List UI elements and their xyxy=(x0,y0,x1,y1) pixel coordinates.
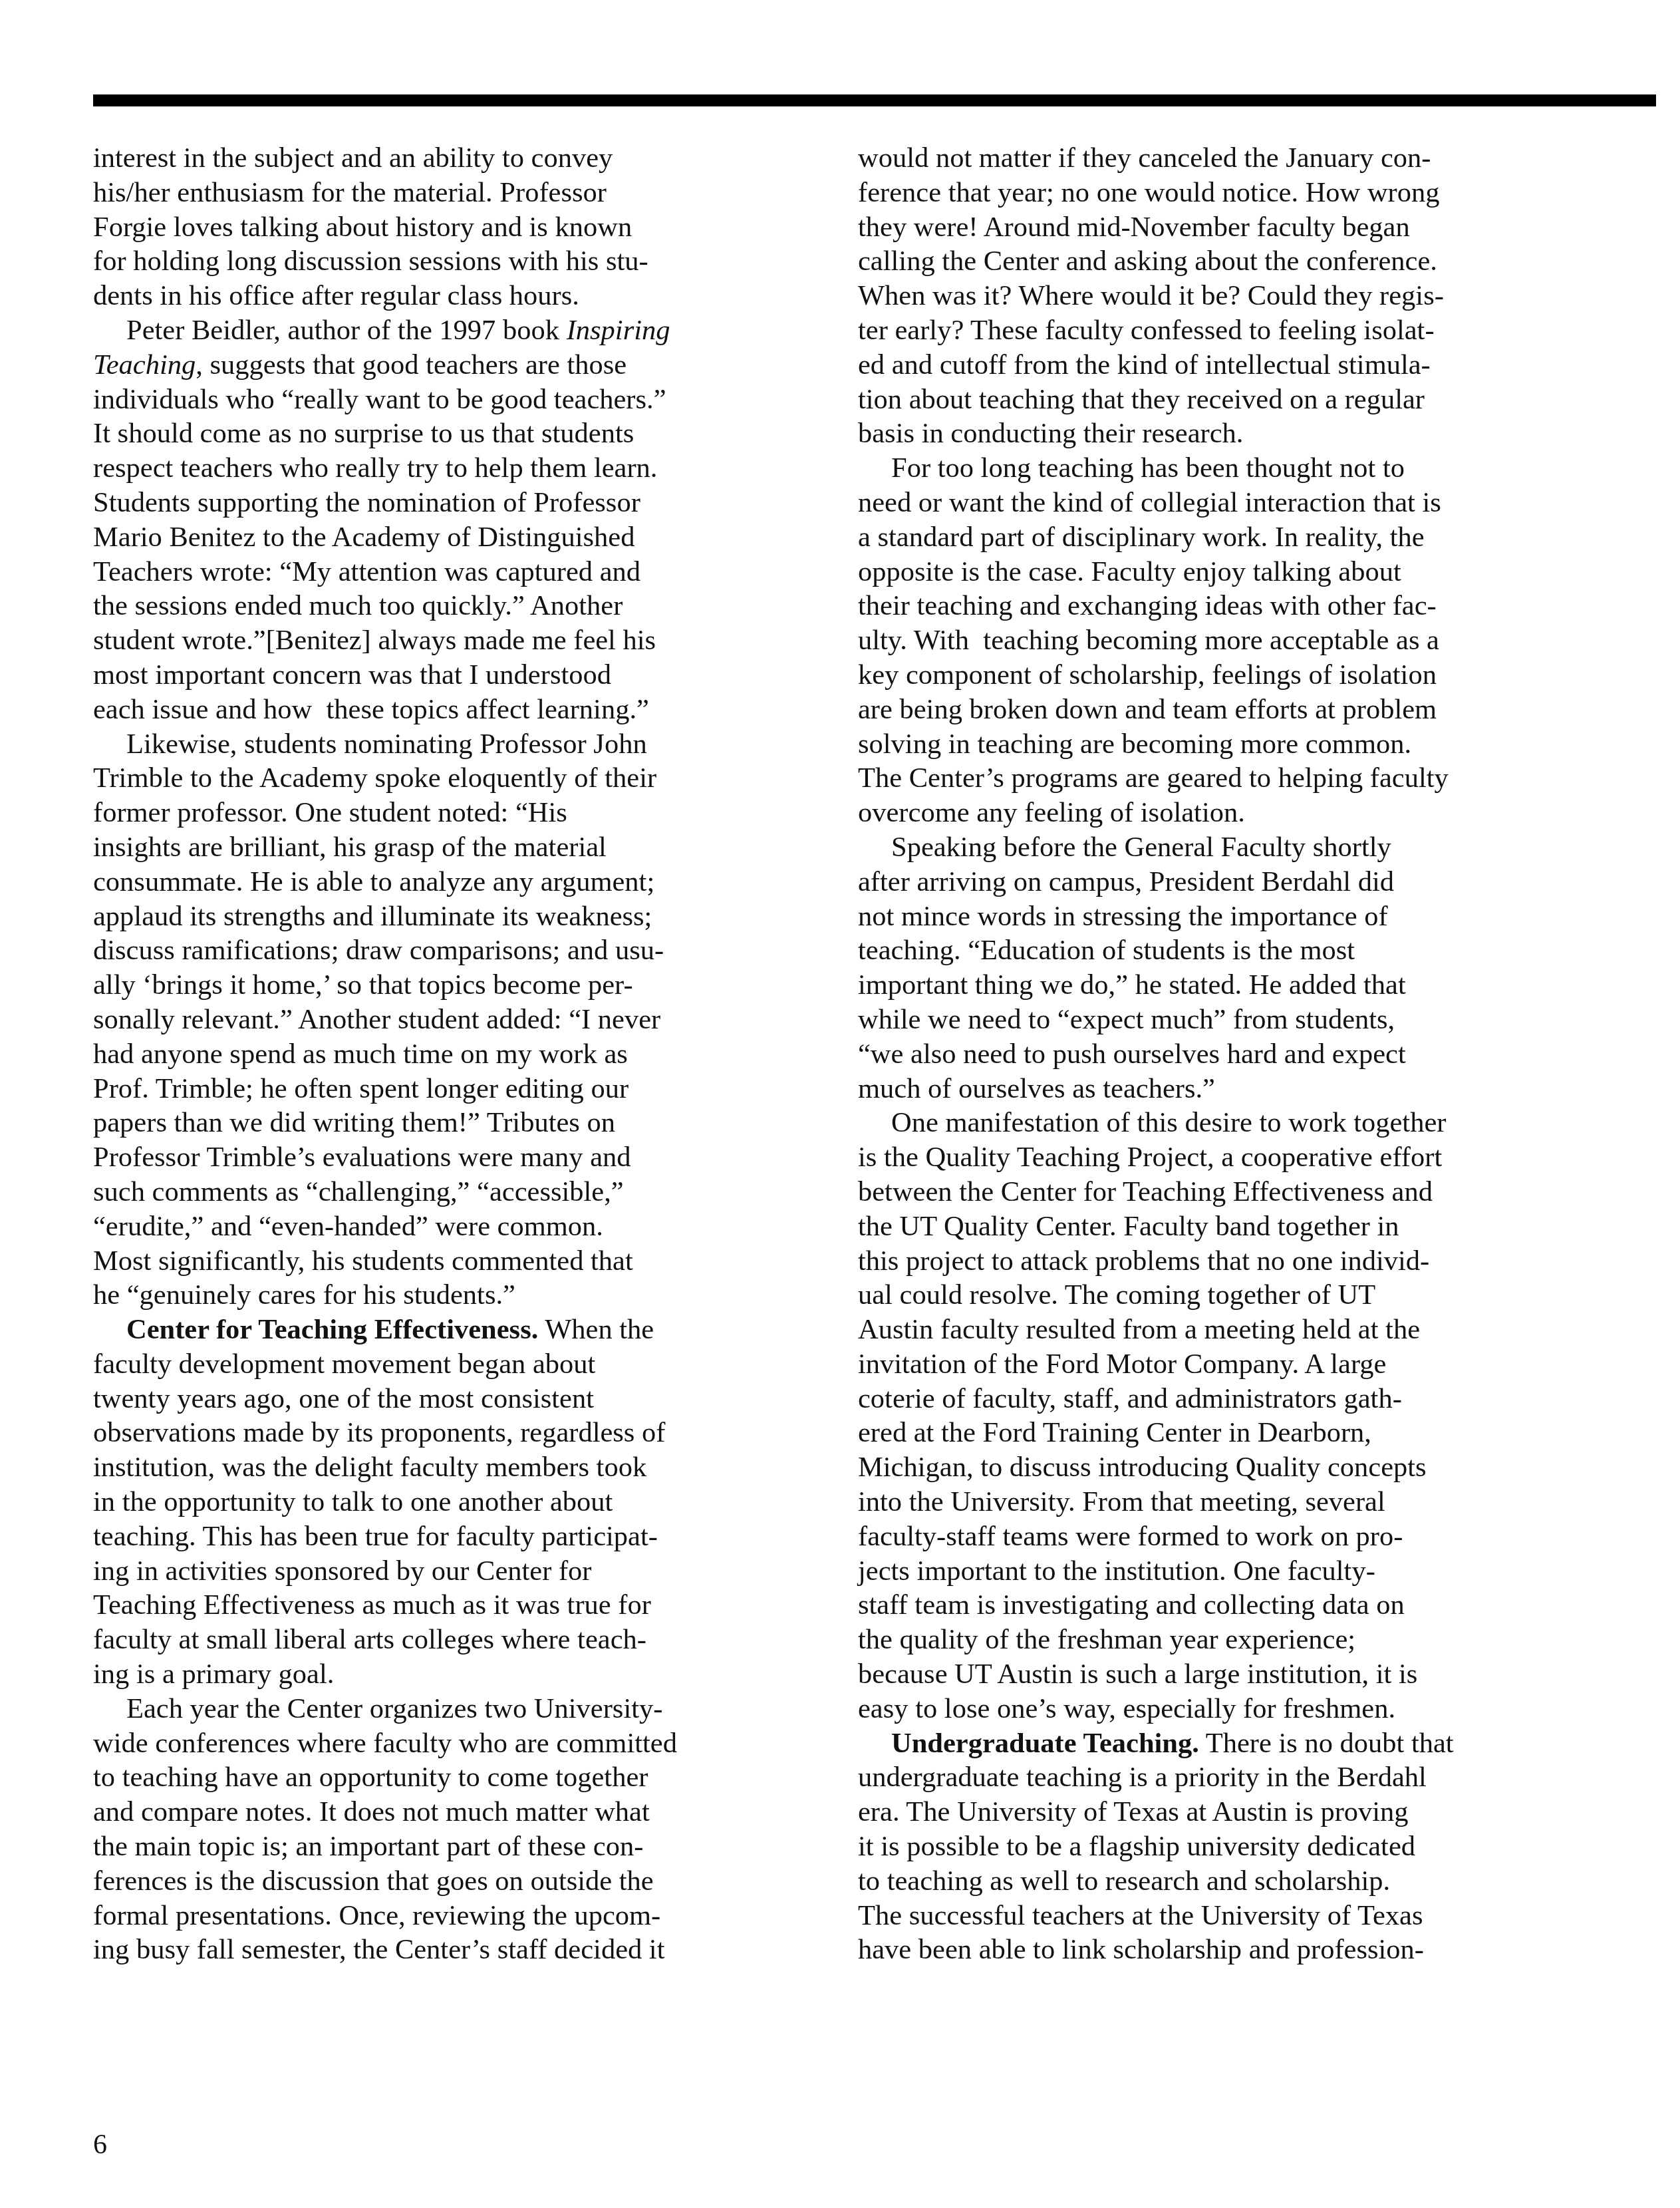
line-text: and compare notes. It does not much matt… xyxy=(93,1796,650,1827)
text-line: key component of scholarship, feelings o… xyxy=(858,658,1636,693)
line-text: Peter Beidler, author of the 1997 book xyxy=(126,315,567,346)
line-text: Students supporting the nomination of Pr… xyxy=(93,487,640,518)
text-line: this project to attack problems that no … xyxy=(858,1244,1636,1279)
text-line: to teaching as well to research and scho… xyxy=(858,1864,1636,1899)
line-text: is the Quality Teaching Project, a coope… xyxy=(858,1142,1442,1173)
text-line: easy to lose one’s way, especially for f… xyxy=(858,1692,1636,1726)
text-line: discuss ramifications; draw comparisons;… xyxy=(93,933,825,968)
text-line: ter early? These faculty confessed to fe… xyxy=(858,313,1636,348)
line-text: interest in the subject and an ability t… xyxy=(93,142,613,174)
line-text: staff team is investigating and collecti… xyxy=(858,1589,1405,1621)
text-line: basis in conducting their research. xyxy=(858,416,1636,451)
text-line: much of ourselves as teachers.” xyxy=(858,1072,1636,1106)
section-heading: Center for Teaching Effectiveness. xyxy=(126,1314,538,1345)
text-line: jects important to the institution. One … xyxy=(858,1554,1636,1589)
text-line: individuals who “really want to be good … xyxy=(93,383,825,417)
line-text: are being broken down and team efforts a… xyxy=(858,694,1437,725)
line-text: invitation of the Ford Motor Company. A … xyxy=(858,1348,1386,1380)
text-line: teaching. “Education of students is the … xyxy=(858,933,1636,968)
text-line: to teaching have an opportunity to come … xyxy=(93,1760,825,1795)
text-line: and compare notes. It does not much matt… xyxy=(93,1795,825,1829)
line-text: ing is a primary goal. xyxy=(93,1658,334,1690)
line-text: teaching. “Education of students is the … xyxy=(858,935,1355,966)
line-text: When was it? Where would it be? Could th… xyxy=(858,280,1444,311)
text-line: undergraduate teaching is a priority in … xyxy=(858,1760,1636,1795)
text-line: institution, was the delight faculty mem… xyxy=(93,1450,825,1485)
text-line: staff team is investigating and collecti… xyxy=(858,1588,1636,1623)
line-text: Teaching Effectiveness as much as it was… xyxy=(93,1589,651,1621)
line-text: wide conferences where faculty who are c… xyxy=(93,1728,677,1759)
text-line: The successful teachers at the Universit… xyxy=(858,1899,1636,1933)
text-line: Speaking before the General Faculty shor… xyxy=(858,830,1636,865)
text-line: ferences is the discussion that goes on … xyxy=(93,1864,825,1899)
text-line: in the opportunity to talk to one anothe… xyxy=(93,1485,825,1519)
line-text: insights are brilliant, his grasp of the… xyxy=(93,832,607,863)
text-line: insights are brilliant, his grasp of the… xyxy=(93,830,825,865)
text-line: Likewise, students nominating Professor … xyxy=(93,727,825,762)
line-text: Most significantly, his students comment… xyxy=(93,1245,633,1277)
top-rule-bar xyxy=(93,94,1656,106)
line-text: between the Center for Teaching Effectiv… xyxy=(858,1176,1433,1207)
text-line: Most significantly, his students comment… xyxy=(93,1244,825,1279)
line-text: important thing we do,” he stated. He ad… xyxy=(858,969,1406,1001)
line-text: Each year the Center organizes two Unive… xyxy=(126,1693,662,1724)
line-text: respect teachers who really try to help … xyxy=(93,452,657,484)
text-line: while we need to “expect much” from stud… xyxy=(858,1003,1636,1037)
text-line: Teaching Effectiveness as much as it was… xyxy=(93,1588,825,1623)
line-text: The successful teachers at the Universit… xyxy=(858,1900,1423,1931)
line-text: observations made by its proponents, reg… xyxy=(93,1417,665,1448)
line-text: Speaking before the General Faculty shor… xyxy=(891,832,1391,863)
line-text: his/her enthusiasm for the material. Pro… xyxy=(93,177,607,208)
book-title: Inspiring xyxy=(567,315,670,346)
line-text: this project to attack problems that no … xyxy=(858,1245,1429,1277)
text-line: for holding long discussion sessions wit… xyxy=(93,244,825,279)
line-text: most important concern was that I unders… xyxy=(93,659,611,691)
line-text: overcome any feeling of isolation. xyxy=(858,797,1245,828)
text-line: Teachers wrote: “My attention was captur… xyxy=(93,555,825,589)
line-text: Forgie loves talking about history and i… xyxy=(93,212,632,243)
text-line: the sessions ended much too quickly.” An… xyxy=(93,589,825,623)
text-line: ed and cutoff from the kind of intellect… xyxy=(858,348,1636,383)
text-line: Prof. Trimble; he often spent longer edi… xyxy=(93,1072,825,1106)
text-line: When was it? Where would it be? Could th… xyxy=(858,279,1636,313)
line-text: Trimble to the Academy spoke eloquently … xyxy=(93,762,656,794)
line-text: such comments as “challenging,” “accessi… xyxy=(93,1176,624,1207)
line-text: easy to lose one’s way, especially for f… xyxy=(858,1693,1395,1724)
line-text: while we need to “expect much” from stud… xyxy=(858,1004,1395,1035)
line-text: , suggests that good teachers are those xyxy=(196,349,627,381)
text-line: formal presentations. Once, reviewing th… xyxy=(93,1899,825,1933)
line-text: ference that year; no one would notice. … xyxy=(858,177,1440,208)
text-line: “we also need to push ourselves hard and… xyxy=(858,1037,1636,1072)
line-text: in the opportunity to talk to one anothe… xyxy=(93,1486,613,1517)
text-line: calling the Center and asking about the … xyxy=(858,244,1636,279)
line-text: individuals who “really want to be good … xyxy=(93,384,666,415)
text-line: Mario Benitez to the Academy of Distingu… xyxy=(93,520,825,555)
text-line: consummate. He is able to analyze any ar… xyxy=(93,865,825,899)
text-line: not mince words in stressing the importa… xyxy=(858,899,1636,934)
line-text: faculty development movement began about xyxy=(93,1348,595,1380)
text-line: their teaching and exchanging ideas with… xyxy=(858,589,1636,623)
line-text: There is no doubt that xyxy=(1199,1728,1454,1759)
text-line: Center for Teaching Effectiveness. When … xyxy=(93,1313,825,1347)
line-text: undergraduate teaching is a priority in … xyxy=(858,1762,1427,1793)
line-text: ing in activities sponsored by our Cente… xyxy=(93,1555,592,1587)
line-text: papers than we did writing them!” Tribut… xyxy=(93,1107,615,1138)
line-text: have been able to link scholarship and p… xyxy=(858,1934,1424,1965)
text-line: interest in the subject and an ability t… xyxy=(93,141,825,176)
line-text: era. The University of Texas at Austin i… xyxy=(858,1796,1409,1827)
text-line: former professor. One student noted: “Hi… xyxy=(93,796,825,830)
line-text: coterie of faculty, staff, and administr… xyxy=(858,1383,1402,1414)
line-text: because UT Austin is such a large instit… xyxy=(858,1658,1417,1690)
line-text: the UT Quality Center. Faculty band toge… xyxy=(858,1211,1399,1242)
text-line: after arriving on campus, President Berd… xyxy=(858,865,1636,899)
line-text: each issue and how these topics affect l… xyxy=(93,694,649,725)
line-text: Mario Benitez to the Academy of Distingu… xyxy=(93,522,634,553)
line-text: For too long teaching has been thought n… xyxy=(891,452,1405,484)
text-line: sonally relevant.” Another student added… xyxy=(93,1003,825,1037)
text-line: are being broken down and team efforts a… xyxy=(858,693,1636,727)
text-line: coterie of faculty, staff, and administr… xyxy=(858,1382,1636,1416)
line-text: former professor. One student noted: “Hi… xyxy=(93,797,567,828)
line-text: key component of scholarship, feelings o… xyxy=(858,659,1437,691)
text-line: Peter Beidler, author of the 1997 book I… xyxy=(93,313,825,348)
line-text: to teaching have an opportunity to come … xyxy=(93,1762,648,1793)
line-text: much of ourselves as teachers.” xyxy=(858,1073,1215,1104)
text-line: ered at the Ford Training Center in Dear… xyxy=(858,1416,1636,1450)
text-line: applaud its strengths and illuminate its… xyxy=(93,899,825,934)
text-line: “erudite,” and “even-handed” were common… xyxy=(93,1209,825,1244)
text-line: ing in activities sponsored by our Cente… xyxy=(93,1554,825,1589)
line-text: ter early? These faculty confessed to fe… xyxy=(858,315,1435,346)
line-text: consummate. He is able to analyze any ar… xyxy=(93,866,654,897)
right-column: would not matter if they canceled the Ja… xyxy=(858,141,1636,1967)
line-text: ally ‘brings it home,’ so that topics be… xyxy=(93,969,633,1001)
line-text: he “genuinely cares for his students.” xyxy=(93,1279,515,1311)
text-line: most important concern was that I unders… xyxy=(93,658,825,693)
left-column: interest in the subject and an ability t… xyxy=(93,141,825,1967)
line-text: basis in conducting their research. xyxy=(858,418,1243,449)
text-line: Forgie loves talking about history and i… xyxy=(93,210,825,245)
text-line: ing is a primary goal. xyxy=(93,1657,825,1692)
text-line: invitation of the Ford Motor Company. A … xyxy=(858,1347,1636,1382)
line-text: dents in his office after regular class … xyxy=(93,280,579,311)
text-line: Austin faculty resulted from a meeting h… xyxy=(858,1313,1636,1347)
text-line: the quality of the freshman year experie… xyxy=(858,1623,1636,1657)
line-text: Likewise, students nominating Professor … xyxy=(126,728,647,760)
text-line: each issue and how these topics affect l… xyxy=(93,693,825,727)
text-line: have been able to link scholarship and p… xyxy=(858,1933,1636,1967)
text-line: Undergraduate Teaching. There is no doub… xyxy=(858,1726,1636,1761)
line-text: the quality of the freshman year experie… xyxy=(858,1624,1355,1655)
line-text: their teaching and exchanging ideas with… xyxy=(858,590,1437,621)
text-line: era. The University of Texas at Austin i… xyxy=(858,1795,1636,1829)
text-line: important thing we do,” he stated. He ad… xyxy=(858,968,1636,1003)
text-line: it is possible to be a flagship universi… xyxy=(858,1829,1636,1864)
text-line: wide conferences where faculty who are c… xyxy=(93,1726,825,1761)
text-line: Students supporting the nomination of Pr… xyxy=(93,486,825,520)
line-text: jects important to the institution. One … xyxy=(858,1555,1375,1587)
line-text: It should come as no surprise to us that… xyxy=(93,418,634,449)
line-text: ered at the Ford Training Center in Dear… xyxy=(858,1417,1371,1448)
text-line: opposite is the case. Faculty enjoy talk… xyxy=(858,555,1636,589)
text-line: ally ‘brings it home,’ so that topics be… xyxy=(93,968,825,1003)
book-title: Teaching xyxy=(93,349,196,381)
line-text: after arriving on campus, President Berd… xyxy=(858,866,1394,897)
line-text: Prof. Trimble; he often spent longer edi… xyxy=(93,1073,629,1104)
text-line: his/her enthusiasm for the material. Pro… xyxy=(93,176,825,210)
text-line: a standard part of disciplinary work. In… xyxy=(858,520,1636,555)
text-line: One manifestation of this desire to work… xyxy=(858,1106,1636,1140)
text-line: the UT Quality Center. Faculty band toge… xyxy=(858,1209,1636,1244)
line-text: would not matter if they canceled the Ja… xyxy=(858,142,1431,174)
text-line: Professor Trimble’s evaluations were man… xyxy=(93,1140,825,1175)
text-line: respect teachers who really try to help … xyxy=(93,451,825,486)
line-text: “we also need to push ourselves hard and… xyxy=(858,1038,1406,1070)
text-line: overcome any feeling of isolation. xyxy=(858,796,1636,830)
line-text: Teachers wrote: “My attention was captur… xyxy=(93,556,640,587)
text-line: For too long teaching has been thought n… xyxy=(858,451,1636,486)
line-text: need or want the kind of collegial inter… xyxy=(858,487,1441,518)
line-text: they were! Around mid-November faculty b… xyxy=(858,212,1410,243)
line-text: Michigan, to discuss introducing Quality… xyxy=(858,1452,1427,1483)
text-line: twenty years ago, one of the most consis… xyxy=(93,1382,825,1416)
line-text: twenty years ago, one of the most consis… xyxy=(93,1383,594,1414)
line-text: ing busy fall semester, the Center’s sta… xyxy=(93,1934,664,1965)
line-text: a standard part of disciplinary work. In… xyxy=(858,522,1425,553)
text-line: Teaching, suggests that good teachers ar… xyxy=(93,348,825,383)
text-line: he “genuinely cares for his students.” xyxy=(93,1278,825,1313)
text-line: tion about teaching that they received o… xyxy=(858,383,1636,417)
text-line: faculty development movement began about xyxy=(93,1347,825,1382)
line-text: faculty at small liberal arts colleges w… xyxy=(93,1624,646,1655)
line-text: ed and cutoff from the kind of intellect… xyxy=(858,349,1431,381)
line-text: the main topic is; an important part of … xyxy=(93,1831,643,1862)
line-text: for holding long discussion sessions wit… xyxy=(93,245,648,277)
line-text: discuss ramifications; draw comparisons;… xyxy=(93,935,664,966)
line-text: Austin faculty resulted from a meeting h… xyxy=(858,1314,1420,1345)
text-line: because UT Austin is such a large instit… xyxy=(858,1657,1636,1692)
line-text: tion about teaching that they received o… xyxy=(858,384,1425,415)
page-number: 6 xyxy=(93,2129,107,2161)
line-text: ulty. With teaching becoming more accept… xyxy=(858,625,1439,656)
line-text: solving in teaching are becoming more co… xyxy=(858,728,1411,760)
line-text: the sessions ended much too quickly.” An… xyxy=(93,590,623,621)
line-text: The Center’s programs are geared to help… xyxy=(858,762,1449,794)
text-line: ual could resolve. The coming together o… xyxy=(858,1278,1636,1313)
text-line: observations made by its proponents, reg… xyxy=(93,1416,825,1450)
text-line: need or want the kind of collegial inter… xyxy=(858,486,1636,520)
text-line: Each year the Center organizes two Unive… xyxy=(93,1692,825,1726)
text-line: faculty-staff teams were formed to work … xyxy=(858,1519,1636,1554)
text-line: into the University. From that meeting, … xyxy=(858,1485,1636,1519)
text-line: ulty. With teaching becoming more accept… xyxy=(858,623,1636,658)
text-line: faculty at small liberal arts colleges w… xyxy=(93,1623,825,1657)
line-text: teaching. This has been true for faculty… xyxy=(93,1521,658,1552)
section-heading: Undergraduate Teaching. xyxy=(891,1728,1199,1759)
line-text: “erudite,” and “even-handed” were common… xyxy=(93,1211,603,1242)
line-text: sonally relevant.” Another student added… xyxy=(93,1004,660,1035)
text-line: The Center’s programs are geared to help… xyxy=(858,761,1636,796)
text-line: It should come as no surprise to us that… xyxy=(93,416,825,451)
text-line: dents in his office after regular class … xyxy=(93,279,825,313)
line-text: calling the Center and asking about the … xyxy=(858,245,1437,277)
line-text: formal presentations. Once, reviewing th… xyxy=(93,1900,660,1931)
text-line: the main topic is; an important part of … xyxy=(93,1829,825,1864)
text-line: student wrote.”[Benitez] always made me … xyxy=(93,623,825,658)
line-text: institution, was the delight faculty mem… xyxy=(93,1452,646,1483)
line-text: had anyone spend as much time on my work… xyxy=(93,1038,628,1070)
text-line: ference that year; no one would notice. … xyxy=(858,176,1636,210)
text-line: solving in teaching are becoming more co… xyxy=(858,727,1636,762)
text-line: such comments as “challenging,” “accessi… xyxy=(93,1175,825,1209)
line-text: When the xyxy=(538,1314,654,1345)
line-text: to teaching as well to research and scho… xyxy=(858,1865,1390,1897)
text-line: papers than we did writing them!” Tribut… xyxy=(93,1106,825,1140)
text-line: had anyone spend as much time on my work… xyxy=(93,1037,825,1072)
line-text: student wrote.”[Benitez] always made me … xyxy=(93,625,656,656)
line-text: One manifestation of this desire to work… xyxy=(891,1107,1446,1138)
line-text: Professor Trimble’s evaluations were man… xyxy=(93,1142,631,1173)
line-text: not mince words in stressing the importa… xyxy=(858,901,1388,932)
line-text: applaud its strengths and illuminate its… xyxy=(93,901,652,932)
text-line: would not matter if they canceled the Ja… xyxy=(858,141,1636,176)
line-text: opposite is the case. Faculty enjoy talk… xyxy=(858,556,1401,587)
text-line: Trimble to the Academy spoke eloquently … xyxy=(93,761,825,796)
text-line: ing busy fall semester, the Center’s sta… xyxy=(93,1933,825,1967)
text-line: they were! Around mid-November faculty b… xyxy=(858,210,1636,245)
text-line: is the Quality Teaching Project, a coope… xyxy=(858,1140,1636,1175)
line-text: ual could resolve. The coming together o… xyxy=(858,1279,1375,1311)
line-text: ferences is the discussion that goes on … xyxy=(93,1865,654,1897)
line-text: it is possible to be a flagship universi… xyxy=(858,1831,1415,1862)
text-line: between the Center for Teaching Effectiv… xyxy=(858,1175,1636,1209)
line-text: faculty-staff teams were formed to work … xyxy=(858,1521,1403,1552)
text-line: Michigan, to discuss introducing Quality… xyxy=(858,1450,1636,1485)
text-line: teaching. This has been true for faculty… xyxy=(93,1519,825,1554)
line-text: into the University. From that meeting, … xyxy=(858,1486,1385,1517)
